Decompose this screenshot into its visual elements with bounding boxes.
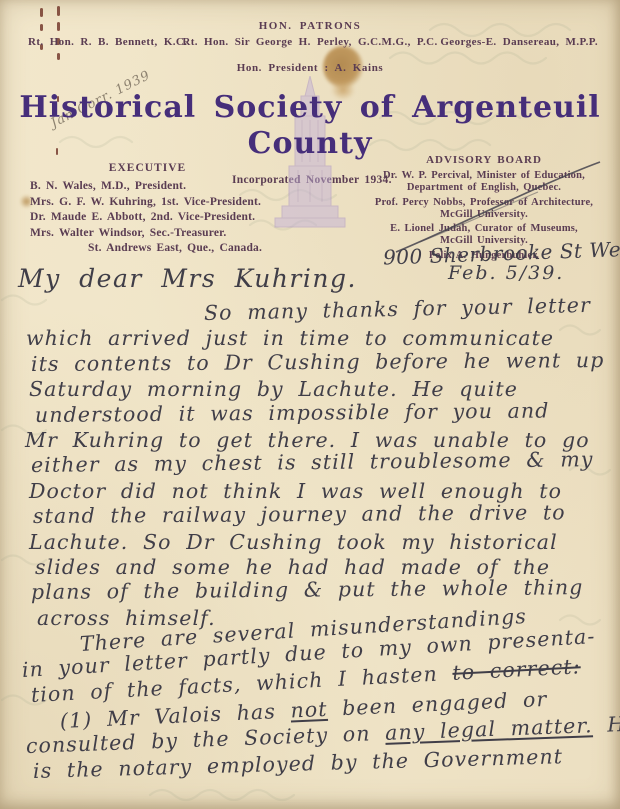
letter-body: So many thanks for your letter which arr… xyxy=(22,301,612,785)
patron-name-right: Georges-E. Dansereau, M.P.P. xyxy=(440,36,598,48)
letter-line: plans of the building & put the whole th… xyxy=(31,575,612,605)
letter-line: either as my chest is still troublesome … xyxy=(31,447,612,478)
patrons-heading: HON. PATRONS xyxy=(0,20,620,32)
president-line: Hon. President : A. Kains xyxy=(0,62,620,74)
scanned-letter-page: Jan Corr. 1939 HON. PATRONS Rt. Hon. R. … xyxy=(0,0,620,809)
handwritten-date: Feb. 5/39. xyxy=(448,262,564,284)
letter-line: Lachute. So Dr Cushing took my historica… xyxy=(29,530,612,555)
executive-heading: EXECUTIVE xyxy=(30,162,265,174)
stitch-mark xyxy=(57,53,60,60)
salutation: My dear Mrs Kuhring. xyxy=(18,264,357,293)
struck-text: to correct: xyxy=(452,654,581,685)
stitch-mark xyxy=(40,8,43,17)
letter-line: stand the railway journey and the drive … xyxy=(33,500,612,529)
executive-address: St. Andrews East, Que., Canada. xyxy=(88,242,265,254)
society-title-line1: Historical Society of Argenteuil xyxy=(0,90,620,125)
executive-member: Mrs. G. F. W. Kuhring, 1st. Vice-Preside… xyxy=(30,196,265,208)
letter-line: understood it was impossible for you and xyxy=(35,398,612,428)
executive-block: EXECUTIVE B. N. Wales, M.D., President. … xyxy=(30,162,265,258)
executive-member: B. N. Wales, M.D., President. xyxy=(30,180,265,192)
diagonal-strike-mark xyxy=(390,156,608,260)
stitch-mark xyxy=(57,6,60,16)
underlined-text: not xyxy=(290,696,328,722)
executive-member: Dr. Maude E. Abbott, 2nd. Vice-President… xyxy=(30,211,265,223)
letter-line: its contents to Dr Cushing before he wen… xyxy=(31,348,612,377)
executive-member: Mrs. Walter Windsor, Sec.-Treasurer. xyxy=(30,227,265,239)
letter-line-segment: He xyxy=(592,711,620,737)
